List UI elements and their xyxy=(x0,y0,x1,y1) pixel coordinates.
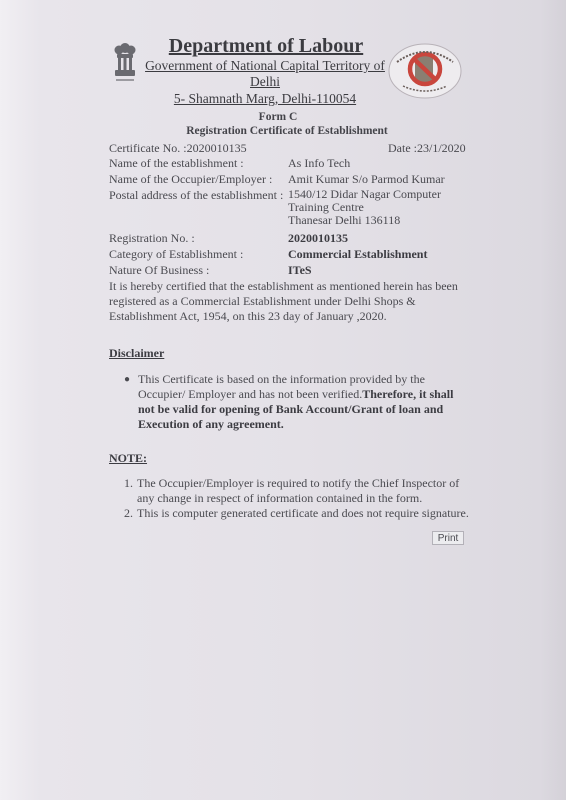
registration-no-label: Registration No. : xyxy=(109,231,195,246)
establishment-name-label: Name of the establishment : xyxy=(109,156,244,171)
certification-statement: It is hereby certified that the establis… xyxy=(109,279,469,324)
note-item: 2. This is computer generated certificat… xyxy=(124,506,469,521)
business-nature-label: Nature Of Business : xyxy=(109,263,209,278)
form-label: Form C xyxy=(0,111,566,123)
category-value: Commercial Establishment xyxy=(288,247,427,262)
disclaimer-item: ● This Certificate is based on the infor… xyxy=(124,372,464,432)
government-name: Government of National Capital Territory… xyxy=(140,58,390,90)
occupier-label: Name of the Occupier/Employer : xyxy=(109,172,272,187)
certificate-document: Department of Labour Government of Natio… xyxy=(0,0,566,800)
bullet-icon: ● xyxy=(124,372,130,387)
business-nature-value: ITeS xyxy=(288,263,312,278)
certificate-number: Certificate No. :2020010135 xyxy=(109,141,247,156)
print-button[interactable]: Print xyxy=(432,531,464,545)
establishment-name-value: As Info Tech xyxy=(288,156,350,171)
department-title: Department of Labour xyxy=(0,35,566,58)
certificate-title: Registration Certificate of Establishmen… xyxy=(0,125,566,137)
office-address: 5- Shamnath Marg, Delhi-110054 xyxy=(140,91,390,107)
disclaimer-heading: Disclaimer xyxy=(109,346,164,361)
occupier-value: Amit Kumar S/o Parmod Kumar xyxy=(288,172,445,187)
note-heading: NOTE: xyxy=(109,451,147,466)
postal-address-value: 1540/12 Didar Nagar Computer Training Ce… xyxy=(288,188,441,227)
registration-no-value: 2020010135 xyxy=(288,231,348,246)
postal-address-label: Postal address of the establishment : xyxy=(109,188,283,203)
note-item: 1. The Occupier/Employer is required to … xyxy=(124,476,469,506)
note-list: 1. The Occupier/Employer is required to … xyxy=(124,476,469,521)
category-label: Category of Establishment : xyxy=(109,247,243,262)
certificate-date: Date :23/1/2020 xyxy=(388,141,466,156)
